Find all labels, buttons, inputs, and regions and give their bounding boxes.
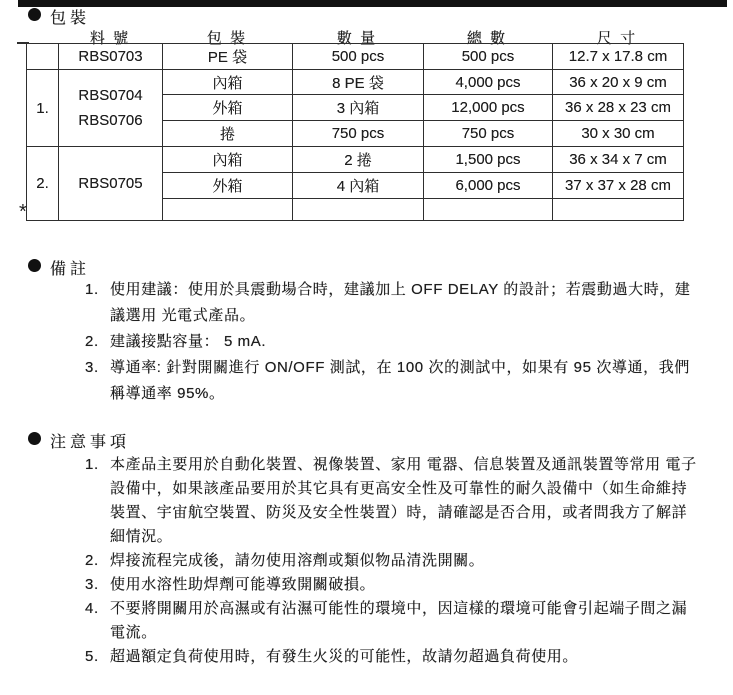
pack-type-cell: 外箱 — [163, 95, 293, 121]
list-item: 1. 使用建議：使用於具震動場合時，建議加上 OFF DELAY 的設計；若震動… — [85, 277, 691, 329]
row-index-cell — [27, 44, 59, 70]
total-cell: 750 pcs — [424, 121, 553, 147]
list-item: 5. 超過額定負荷使用時，有發生火災的可能性，故請勿超過負荷使用。 — [85, 645, 697, 669]
list-item: 2. 建議接點容量： 5 mA. — [85, 329, 691, 355]
pack-type-cell: 內箱 — [163, 147, 293, 173]
qty-cell — [293, 199, 424, 221]
item-text: 焊接流程完成後，請勿使用溶劑或類似物品清洗開關。 — [110, 549, 484, 573]
item-number: 1. — [85, 453, 110, 477]
notes-title: 備註 — [50, 256, 90, 279]
size-cell: 36 x 34 x 7 cm — [553, 147, 684, 173]
row-index-cell: 1. — [27, 70, 59, 147]
notes-list: 1. 使用建議：使用於具震動場合時，建議加上 OFF DELAY 的設計；若震動… — [85, 277, 691, 407]
part-number-cell: RBS0704 RBS0706 — [59, 70, 163, 147]
item-text: 使用水溶性助焊劑可能導致開關破損。 — [110, 573, 375, 597]
pack-type-cell: 內箱 — [163, 70, 293, 95]
size-cell: 36 x 20 x 9 cm — [553, 70, 684, 95]
qty-cell: 2 捲 — [293, 147, 424, 173]
notes-bullet-icon — [28, 259, 41, 272]
item-text: 本產品主要用於自動化裝置、視像裝置、家用 電器、信息裝置及通訊裝置等常用 電子 … — [110, 453, 697, 549]
pack-type-cell: 外箱 — [163, 173, 293, 199]
table-row: 2. RBS0705 內箱 2 捲 1,500 pcs 36 x 34 x 7 … — [27, 147, 684, 173]
qty-cell: 750 pcs — [293, 121, 424, 147]
item-text: 不要將開關用於高濕或有沾濕可能性的環境中，因這樣的環境可能會引起端子間之漏 電流… — [110, 597, 687, 645]
item-text: 導通率: 針對開關進行 ON/OFF 測試，在 100 次的測試中，如果有 95… — [110, 355, 690, 407]
row-index-cell: 2. — [27, 147, 59, 221]
packaging-title: 包裝 — [50, 5, 90, 28]
list-item: 1. 本產品主要用於自動化裝置、視像裝置、家用 電器、信息裝置及通訊裝置等常用 … — [85, 453, 697, 549]
item-number: 3. — [85, 355, 110, 381]
pack-type-cell — [163, 199, 293, 221]
part-number-cell: RBS0705 — [59, 147, 163, 221]
precautions-bullet-icon — [28, 432, 41, 445]
total-cell: 4,000 pcs — [424, 70, 553, 95]
item-number: 5. — [85, 645, 110, 669]
total-cell: 1,500 pcs — [424, 147, 553, 173]
list-item: 3. 使用水溶性助焊劑可能導致開關破損。 — [85, 573, 697, 597]
item-number: 3. — [85, 573, 110, 597]
qty-cell: 8 PE 袋 — [293, 70, 424, 95]
packaging-table: RBS0703 PE 袋 500 pcs 500 pcs 12.7 x 17.8… — [26, 43, 684, 221]
table-row: RBS0703 PE 袋 500 pcs 500 pcs 12.7 x 17.8… — [27, 44, 684, 70]
item-number: 4. — [85, 597, 110, 621]
qty-cell: 500 pcs — [293, 44, 424, 70]
footnote-asterisk: * — [19, 201, 27, 224]
precautions-title: 注意事項 — [50, 429, 130, 452]
size-cell: 30 x 30 cm — [553, 121, 684, 147]
total-cell: 12,000 pcs — [424, 95, 553, 121]
item-number: 1. — [85, 277, 110, 303]
qty-cell: 4 內箱 — [293, 173, 424, 199]
part-number-cell: RBS0703 — [59, 44, 163, 70]
total-cell — [424, 199, 553, 221]
list-item: 4. 不要將開關用於高濕或有沾濕可能性的環境中，因這樣的環境可能會引起端子間之漏… — [85, 597, 697, 645]
qty-cell: 3 內箱 — [293, 95, 424, 121]
item-number: 2. — [85, 549, 110, 573]
size-cell: 37 x 37 x 28 cm — [553, 173, 684, 199]
item-text: 建議接點容量： 5 mA. — [110, 329, 266, 355]
list-item: 3. 導通率: 針對開關進行 ON/OFF 測試，在 100 次的測試中，如果有… — [85, 355, 691, 407]
size-cell — [553, 199, 684, 221]
size-cell: 12.7 x 17.8 cm — [553, 44, 684, 70]
item-text: 超過額定負荷使用時，有發生火災的可能性，故請勿超過負荷使用。 — [110, 645, 578, 669]
total-cell: 500 pcs — [424, 44, 553, 70]
table-row: 1. RBS0704 RBS0706 內箱 8 PE 袋 4,000 pcs 3… — [27, 70, 684, 95]
list-item: 2. 焊接流程完成後，請勿使用溶劑或類似物品清洗開關。 — [85, 549, 697, 573]
document-page: 包裝 料 號 包 裝 數 量 總 數 尺 寸 RBS0703 PE 袋 500 … — [0, 0, 733, 695]
packaging-bullet-icon — [28, 8, 41, 21]
size-cell: 36 x 28 x 23 cm — [553, 95, 684, 121]
total-cell: 6,000 pcs — [424, 173, 553, 199]
precautions-list: 1. 本產品主要用於自動化裝置、視像裝置、家用 電器、信息裝置及通訊裝置等常用 … — [85, 453, 697, 669]
item-text: 使用建議：使用於具震動場合時，建議加上 OFF DELAY 的設計；若震動過大時… — [110, 277, 691, 329]
item-number: 2. — [85, 329, 110, 355]
top-rule — [18, 0, 727, 7]
pack-type-cell: PE 袋 — [163, 44, 293, 70]
pack-type-cell: 捲 — [163, 121, 293, 147]
